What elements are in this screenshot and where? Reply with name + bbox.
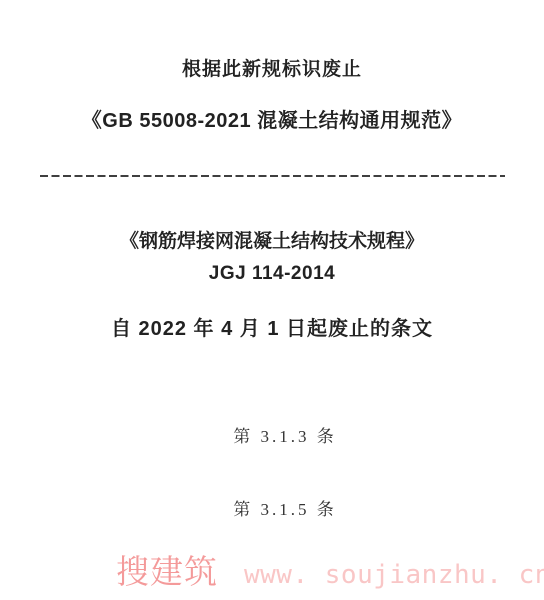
dashed-divider xyxy=(40,175,505,177)
new-standard-title: 《GB 55008-2021 混凝土结构通用规范》 xyxy=(0,104,544,133)
watermark: 搜建筑 www. soujianzhu. cn xyxy=(116,546,544,593)
watermark-site-url: www. soujianzhu. cn xyxy=(244,560,544,590)
old-standard-title: 《钢筋焊接网混凝土结构技术规程》 xyxy=(0,226,544,253)
old-standard-code: JGJ 114-2014 xyxy=(0,263,544,285)
repeal-basis-heading: 根据此新规标识废止 xyxy=(0,54,544,81)
document-page: 根据此新规标识废止 《GB 55008-2021 混凝土结构通用规范》 《钢筋焊… xyxy=(0,0,544,600)
repeal-effective-heading: 自 2022 年 4 月 1 日起废止的条文 xyxy=(0,312,544,341)
repealed-clause: 第 3.1.5 条 xyxy=(13,495,544,520)
watermark-site-name: 搜建筑 xyxy=(116,546,218,593)
repealed-clause: 第 3.1.3 条 xyxy=(13,422,544,447)
